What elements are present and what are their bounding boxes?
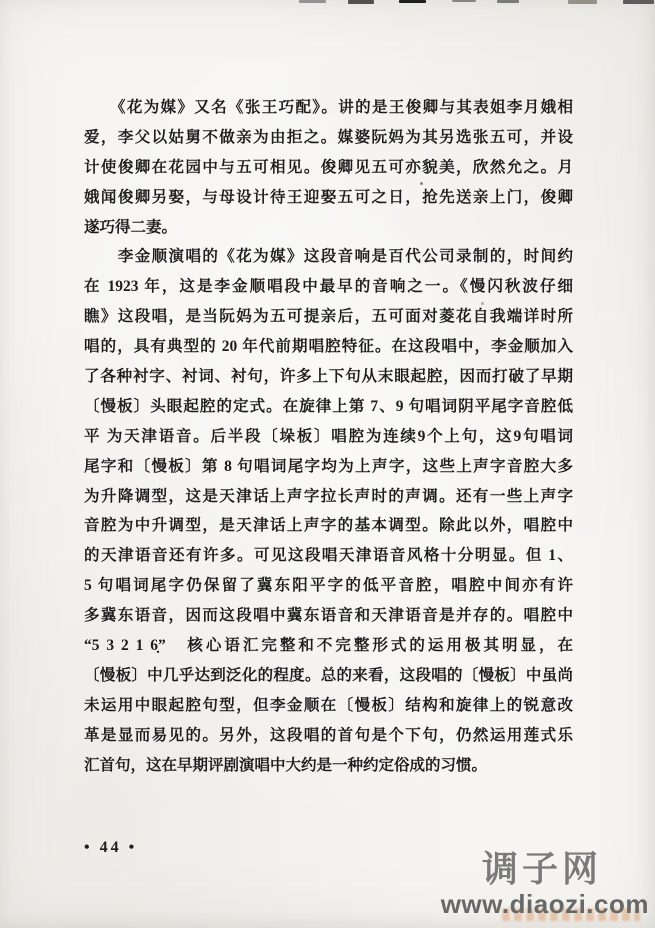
scan-artifact	[568, 0, 597, 4]
text-line: 娥闻俊卿另娶，与母设计待王迎娶五可之日，抢先送亲上门，俊卿	[84, 183, 573, 213]
scan-artifact	[348, 0, 374, 4]
scan-artifact	[452, 0, 476, 2]
text-line: 平 为天津语音。后半段〔垛板〕唱腔为连续9个上句，这9句唱词	[84, 422, 573, 452]
text-line: 为升降调型，这是天津话上声字拉长声时的声调。还有一些上声字	[84, 482, 573, 512]
scan-artifact	[623, 0, 654, 4]
text-line: 音腔为中升调型，是天津话上声字的基本调型。除此以外，唱腔中	[84, 511, 573, 541]
text-line: 唱的，具有典型的 20 年代前期唱腔特征。在这段唱中，李金顺加入	[84, 332, 573, 362]
text-line: 多冀东语音，因而这段唱中冀东语音和天津语音是并存的。唱腔中	[84, 601, 573, 631]
text-line: 〔慢板〕头眼起腔的定式。在旋律上第 7、9 句唱词阴平尾字音腔低	[84, 392, 573, 422]
book-page: 《花为媒》又名《张王巧配》。讲的是王俊卿与其表姐李月娥相 爱，李父以姑舅不做亲为…	[0, 0, 655, 928]
page-number: • 44 •	[84, 839, 137, 857]
text-line: 计使俊卿在花园中与五可相见。俊卿见五可亦貌美，欣然允之。月	[84, 153, 573, 183]
text-line: 〔慢板〕中几乎达到泛化的程度。总的来看，这段唱的〔慢板〕中虽尚	[84, 661, 573, 691]
text-line: 革是显而易见的。另外，这段唱的首句是个下句，仍然运用莲式乐	[84, 721, 573, 751]
text-line: 5 句唱词尾字仍保留了冀东阳平字的低平音腔，唱腔中间亦有许	[84, 571, 573, 601]
watermark-site-url: www.diaozi.com	[441, 889, 649, 920]
text-line: 瞧》这段唱，是当阮妈为五可提亲后，五可面对菱花自我端详时所	[84, 302, 573, 332]
watermark-site-name: 调子网	[482, 841, 602, 892]
paragraph-synopsis: 《花为媒》又名《张王巧配》。讲的是王俊卿与其表姐李月娥相 爱，李父以姑舅不做亲为…	[84, 93, 573, 242]
text-line: 遂巧得二妻。	[84, 213, 573, 243]
scan-artifact	[497, 0, 519, 3]
scan-artifact	[399, 0, 426, 3]
text-line: 了各种衬字、衬词、衬句，许多上下句从末眼起腔，因而打破了早期	[84, 362, 573, 392]
scan-artifact	[299, 0, 326, 3]
text-line: 李金顺演唱的《花为媒》这段音响是百代公司录制的，时间约	[84, 242, 573, 272]
text-line: 《花为媒》又名《张王巧配》。讲的是王俊卿与其表姐李月娥相	[84, 93, 573, 123]
text-line: 汇首句，这在早期评剧演唱中大约是一种约定俗成的习惯。	[84, 751, 573, 781]
text-line-notation: “5 3 2 1 6̣” 核心语汇完整和不完整形式的运用极其明显，在	[84, 631, 573, 661]
text-line: 尾字和〔慢板〕第 8 句唱词尾字均为上声字，这些上声字音腔大多	[84, 452, 573, 482]
paragraph-analysis: 李金顺演唱的《花为媒》这段音响是百代公司录制的，时间约 在 1923 年，这是李…	[84, 242, 573, 780]
text-line: 爱，李父以姑舅不做亲为由拒之。媒婆阮妈为其另选张五可，并设	[84, 123, 573, 153]
text-line: 未运用中眼起腔句型，但李金顺在〔慢板〕结构和旋律上的锐意改	[84, 691, 573, 721]
body-text: 《花为媒》又名《张王巧配》。讲的是王俊卿与其表姐李月娥相 爱，李父以姑舅不做亲为…	[84, 93, 573, 780]
text-line: 在 1923 年，这是李金顺唱段中最早的音响之一。《慢闪秋波仔细	[84, 272, 573, 302]
text-line: 的天津语音还有许多。可见这段唱天津语音风格十分明显。但 1、	[84, 541, 573, 571]
